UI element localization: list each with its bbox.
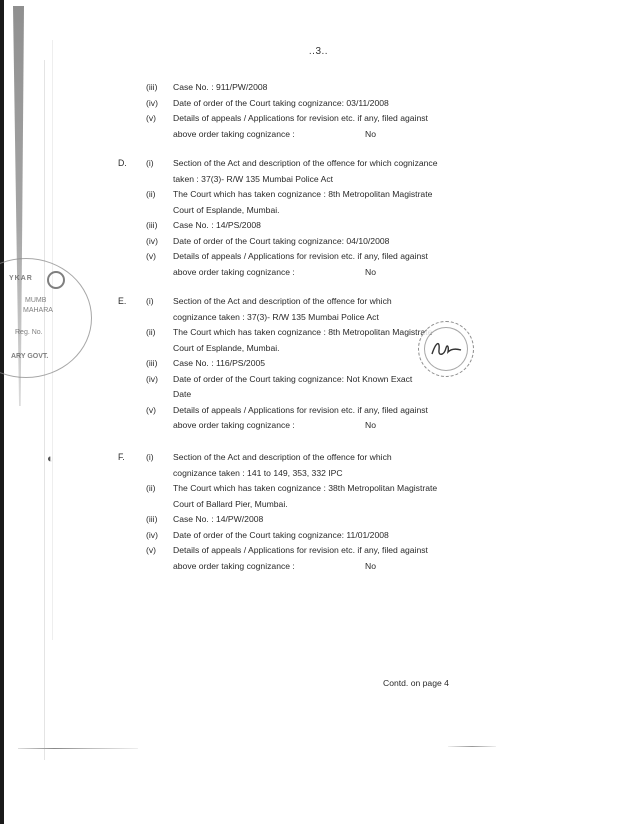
- item-text: Case No. : 14/PW/2008: [173, 514, 263, 524]
- item-text: Date of order of the Court taking cogniz…: [173, 236, 389, 246]
- item-number: (i): [146, 452, 154, 462]
- item-text: Court of Esplande, Mumbai.: [173, 343, 280, 353]
- stamp-text: Reg. No.: [15, 329, 43, 336]
- item-text: cognizance taken : 37(3)- R/W 135 Mumbai…: [173, 312, 379, 322]
- item-text: The Court which has taken cognizance : 8…: [173, 189, 432, 199]
- stamp-text: MAHARA: [23, 307, 53, 314]
- item-number: (iii): [146, 358, 157, 368]
- stamp-text: ARY GOVT.: [11, 353, 48, 360]
- item-number: (v): [146, 545, 156, 555]
- item-number: (iv): [146, 374, 158, 384]
- item-text: cognizance taken : 141 to 149, 353, 332 …: [173, 468, 343, 478]
- scan-artifact-line: [18, 748, 138, 749]
- stamp-emblem-icon: [47, 271, 65, 289]
- item-text: above order taking cognizance :: [173, 561, 295, 571]
- item-text: Details of appeals / Applications for re…: [173, 113, 428, 123]
- item-number: (i): [146, 296, 154, 306]
- item-answer: No: [365, 420, 376, 430]
- item-text: Details of appeals / Applications for re…: [173, 405, 428, 415]
- item-text: above order taking cognizance :: [173, 420, 295, 430]
- item-number: (i): [146, 158, 154, 168]
- item-text: Case No. : 911/PW/2008: [173, 82, 267, 92]
- item-number: (v): [146, 251, 156, 261]
- item-number: (ii): [146, 189, 156, 199]
- scan-artifact-line: [44, 60, 45, 760]
- item-number: (iv): [146, 98, 158, 108]
- item-text: The Court which has taken cognizance : 3…: [173, 483, 437, 493]
- item-number: (iii): [146, 514, 157, 524]
- notary-stamp-left: YKAR MUMB MAHARA Reg. No. ARY GOVT.: [0, 258, 92, 378]
- section-letter: E.: [118, 296, 126, 306]
- item-text: The Court which has taken cognizance : 8…: [173, 327, 432, 337]
- item-text: Date of order of the Court taking cogniz…: [173, 530, 389, 540]
- item-text: above order taking cognizance :: [173, 129, 295, 139]
- item-number: (ii): [146, 483, 156, 493]
- section-letter: F.: [118, 452, 125, 462]
- item-number: (iv): [146, 530, 158, 540]
- item-text: Details of appeals / Applications for re…: [173, 251, 428, 261]
- item-text: Section of the Act and description of th…: [173, 158, 438, 168]
- item-answer: No: [365, 561, 376, 571]
- scan-left-edge: [0, 0, 4, 824]
- item-number: (iii): [146, 82, 157, 92]
- item-number: (ii): [146, 327, 156, 337]
- item-text: Section of the Act and description of th…: [173, 452, 392, 462]
- item-text: Section of the Act and description of th…: [173, 296, 392, 306]
- item-text: Date of order of the Court taking cogniz…: [173, 374, 412, 384]
- stamp-text: MUMB: [25, 297, 46, 304]
- section-letter: D.: [118, 158, 127, 168]
- item-number: (iv): [146, 236, 158, 246]
- item-number: (iii): [146, 220, 157, 230]
- item-text: taken : 37(3)- R/W 135 Mumbai Police Act: [173, 174, 333, 184]
- item-answer: No: [365, 129, 376, 139]
- item-number: (v): [146, 405, 156, 415]
- item-text: Case No. : 116/PS/2005: [173, 358, 265, 368]
- punch-hole-mark-icon: ◐: [47, 453, 54, 465]
- scan-artifact-line: [448, 746, 496, 747]
- item-text: Case No. : 14/PS/2008: [173, 220, 261, 230]
- page-number: ..3..: [0, 46, 637, 57]
- continued-note: Contd. on page 4: [383, 678, 449, 688]
- item-text: Court of Ballard Pier, Mumbai.: [173, 499, 288, 509]
- item-answer: No: [365, 267, 376, 277]
- stamp-text: YKAR: [9, 275, 33, 282]
- item-text: Date: [173, 389, 191, 399]
- item-text: Date of order of the Court taking cogniz…: [173, 98, 389, 108]
- item-text: Court of Esplande, Mumbai.: [173, 205, 280, 215]
- item-text: Details of appeals / Applications for re…: [173, 545, 428, 555]
- item-text: above order taking cognizance :: [173, 267, 295, 277]
- signature-icon: [430, 338, 464, 360]
- item-number: (v): [146, 113, 156, 123]
